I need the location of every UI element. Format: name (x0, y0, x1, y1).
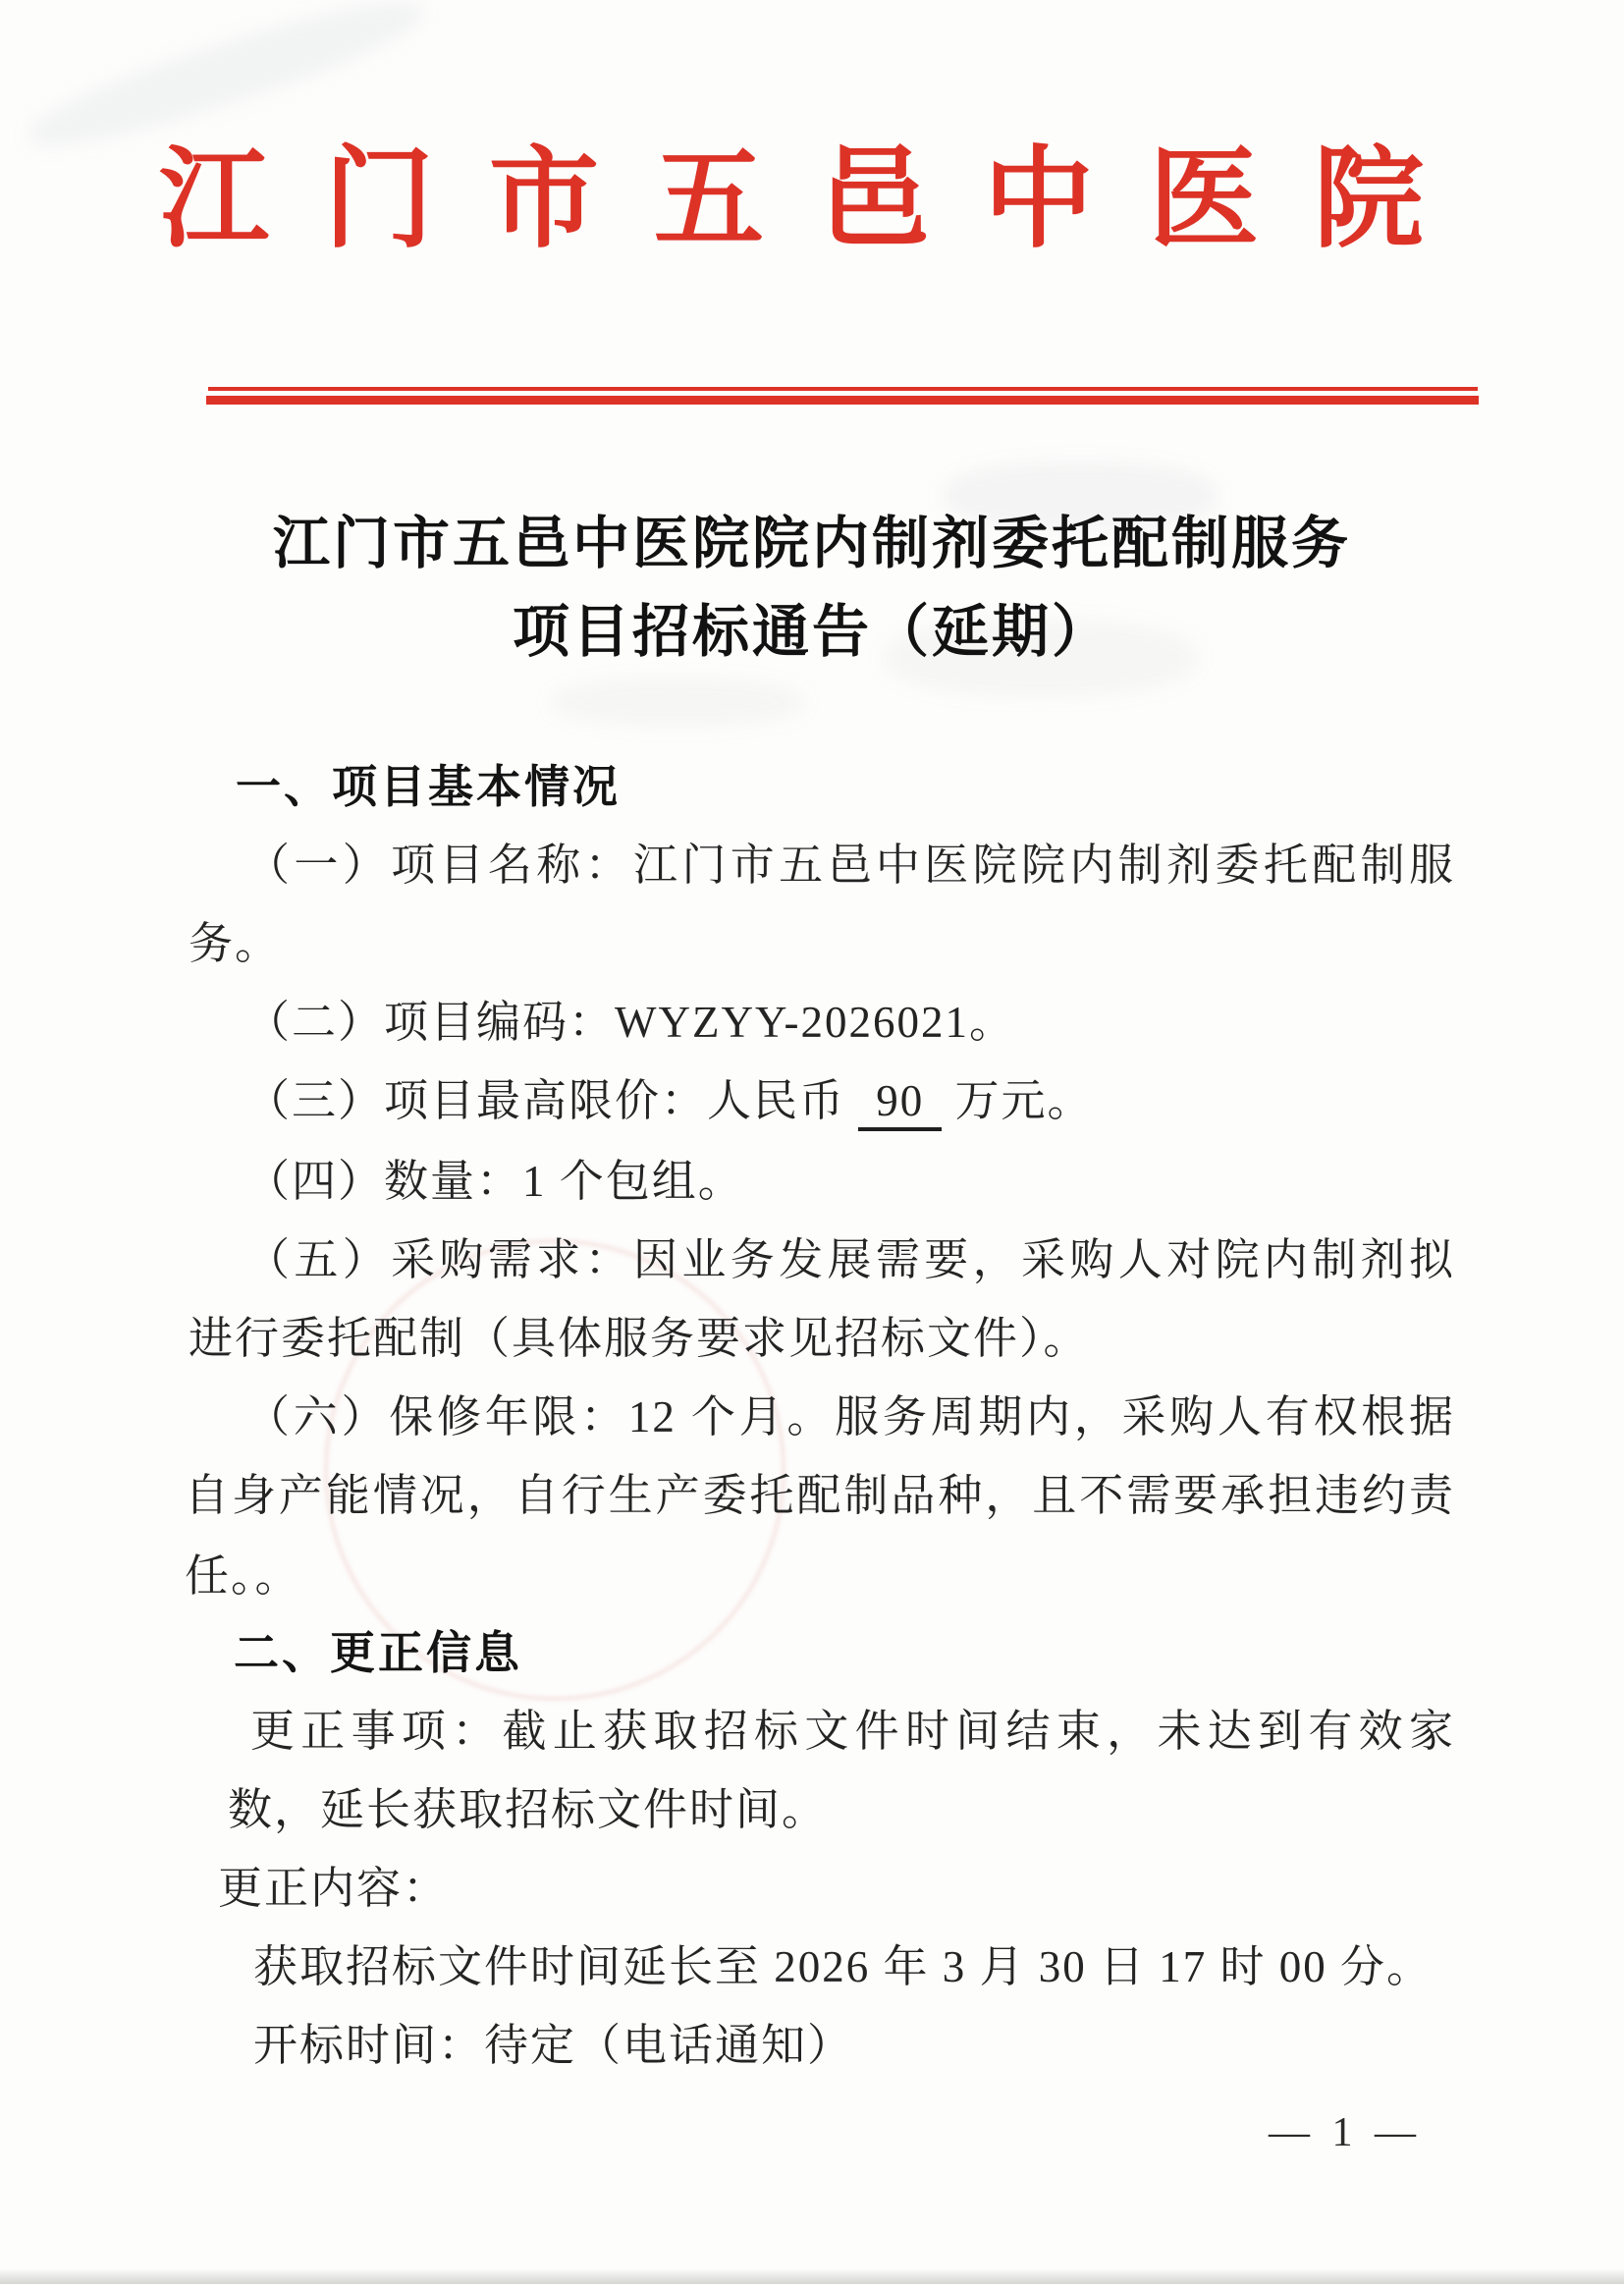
section1-heading: 一、项目基本情况 (236, 756, 621, 817)
scan-smudge (550, 678, 805, 727)
section1-p3-suffix: 万元。 (955, 1076, 1094, 1125)
scan-bottom-edge (0, 2268, 1624, 2284)
section1-p5-line1: （五）采购需求：因业务发展需要，采购人对院内制剂拟 (245, 1229, 1455, 1290)
letterhead-rule-thin (208, 387, 1478, 391)
section2-p3: 获取招标文件时间延长至 2026 年 3 月 30 日 17 时 00 分。 (253, 1936, 1433, 1997)
section1-p5-line2: 进行委托配制（具体服务要求见招标文件）。 (189, 1308, 1090, 1369)
section1-p3: （三）项目最高限价：人民币 90 万元。 (245, 1070, 1094, 1131)
section2-p1-line2: 数，延长获取招标文件时间。 (228, 1779, 828, 1840)
section1-p2: （二）项目编码：WYZYY-2026021。 (245, 992, 1015, 1053)
section1-p6-line1: （六）保修年限：12 个月。服务周期内，采购人有权根据 (245, 1387, 1455, 1447)
section2-p4: 开标时间：待定（电话通知） (253, 2015, 853, 2076)
letterhead-rule-thick (206, 396, 1479, 405)
page-number: — 1 — (1232, 2109, 1458, 2156)
section1-p4: （四）数量：1 个包组。 (245, 1151, 744, 1212)
section1-p3-prefix: （三）项目最高限价：人民币 (245, 1076, 845, 1125)
section2-p1-line1: 更正事项：截止获取招标文件时间结束，未达到有效家 (250, 1701, 1455, 1762)
section1-p1-line2: 务。 (189, 913, 281, 974)
document-page: 江门市五邑中医院 江门市五邑中医院院内制剂委托配制服务 项目招标通告（延期） 一… (0, 0, 1624, 2284)
section2-p2: 更正内容： (218, 1858, 449, 1919)
section1-p6-line3: 任。。 (185, 1546, 301, 1606)
section1-p6-line2: 自身产能情况，自行生产委托配制品种，且不需要承担违约责 (185, 1465, 1455, 1526)
section2-heading: 二、更正信息 (234, 1622, 522, 1683)
doc-title-line2: 项目招标通告（延期） (0, 585, 1624, 668)
doc-title-line1: 江门市五邑中医院院内制剂委托配制服务 (0, 497, 1624, 579)
section1-p1-line1: （一）项目名称：江门市五邑中医院院内制剂委托配制服 (245, 835, 1455, 896)
letterhead-org-name: 江门市五邑中医院 (159, 143, 1471, 259)
section1-p3-underlined-value: 90 (858, 1076, 942, 1131)
